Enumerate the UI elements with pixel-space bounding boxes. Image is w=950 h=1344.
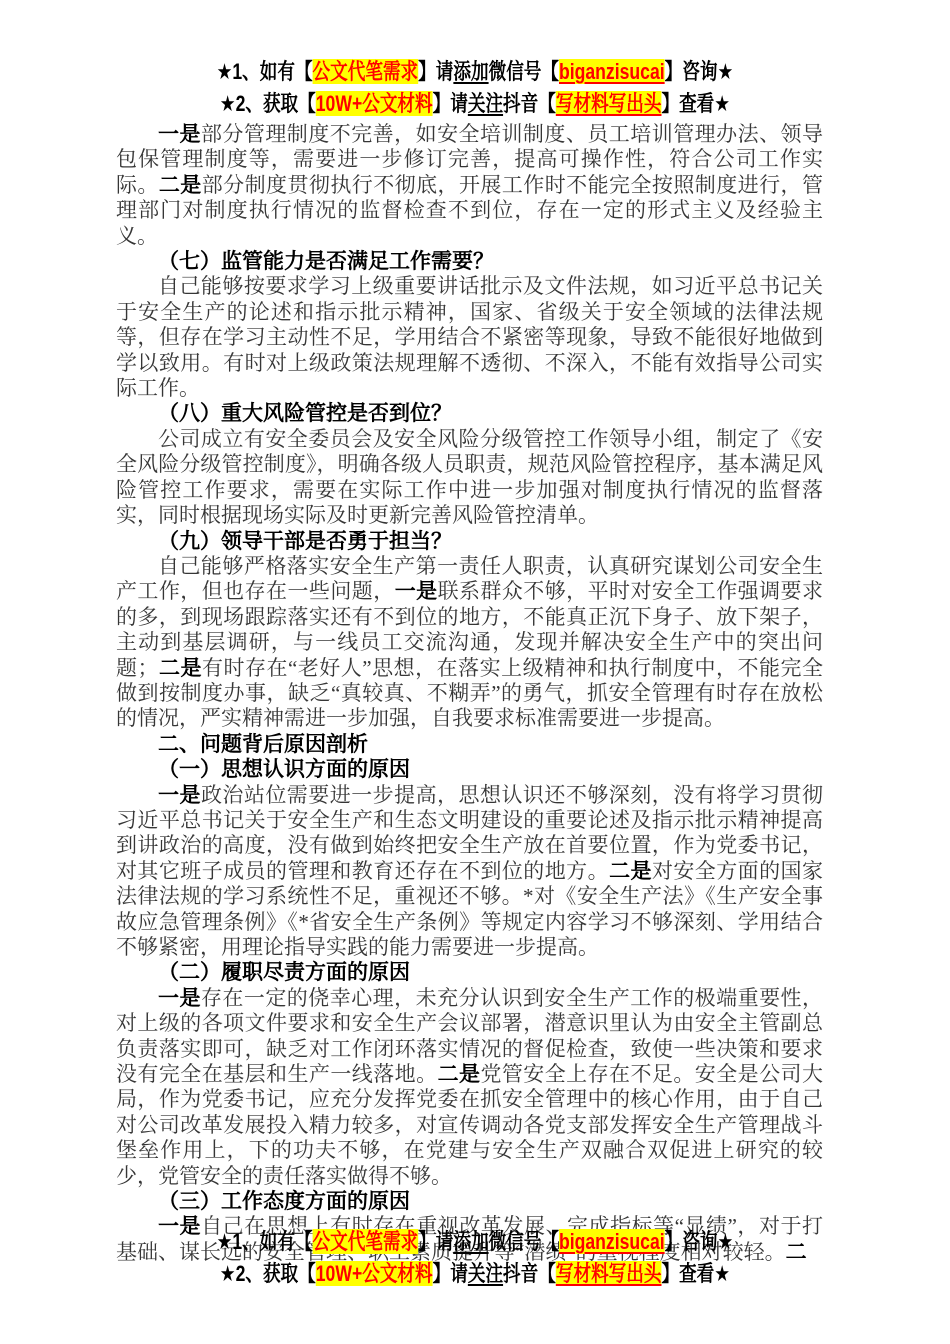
promo-douyin-id: 写材料写出头 [556, 91, 662, 116]
body-paragraph: 自己能够严格落实安全生产第一责任人职责，认真研究谋划公司安全生产工作，但也存在一… [116, 554, 823, 732]
body-paragraph: 一是政治站位需要进一步提高，思想认识还不够深刻，没有将学习贯彻习近平总书记关于安… [116, 783, 823, 961]
section-heading: （三）工作态度方面的原因 [116, 1189, 823, 1214]
promo-text: ★2、获取【 [220, 1261, 316, 1286]
promo-banner-line-text: ★2、获取【10W+公文材料】请关注抖音【写材料写出头】查看★ [220, 88, 730, 120]
promo-banner-top: ★1、如有【公文代笔需求】请添加微信号【biganzisucai】咨询★★2、获… [0, 56, 950, 120]
promo-text: ★2、获取【 [220, 91, 316, 116]
promo-wechat-id: biganzisucai [559, 1229, 665, 1254]
promo-text: 】请 [418, 59, 453, 84]
emphasis-run: 一是 [395, 580, 438, 603]
promo-text: 】咨询★ [665, 1229, 734, 1254]
body-paragraph: 公司成立有安全委员会及安全风险分级管控工作领导小组，制定了《安全风险分级管控制度… [116, 427, 823, 529]
promo-text: 】查看★ [662, 91, 731, 116]
promo-douyin-id: 写材料写出头 [556, 1261, 662, 1286]
section-heading: 二、问题背后原因剖析 [116, 732, 823, 757]
promo-text: ★1、如有【 [217, 1229, 313, 1254]
body-paragraph: 一是存在一定的侥幸心理，未充分认识到安全生产工作的极端重要性，对上级的各项文件要… [116, 986, 823, 1189]
section-heading: （七）监管能力是否满足工作需要？ [116, 249, 823, 274]
promo-keyword-materials: 10W+公文材料 [316, 1261, 433, 1286]
text-run: （一）思想认识方面的原因 [158, 758, 410, 781]
section-heading: （二）履职尽责方面的原因 [116, 960, 823, 985]
text-run: （八）重大风险管控是否到位？ [158, 402, 452, 425]
promo-wechat-id: biganzisucai [559, 59, 665, 84]
emphasis-run: 二是 [438, 1063, 481, 1086]
emphasis-run: 一是 [158, 784, 201, 807]
promo-text: 】请 [433, 91, 468, 116]
promo-text: ★1、如有【 [217, 59, 313, 84]
promo-text: 微信号【 [489, 59, 559, 84]
promo-banner-line-2: ★2、获取【10W+公文材料】请关注抖音【写材料写出头】查看★ [0, 1258, 950, 1290]
promo-banner-bottom: ★1、如有【公文代笔需求】请添加微信号【biganzisucai】咨询★★2、获… [0, 1226, 950, 1290]
promo-text: 】咨询★ [665, 59, 734, 84]
section-heading: （八）重大风险管控是否到位？ [116, 401, 823, 426]
section-heading: （一）思想认识方面的原因 [116, 757, 823, 782]
document-body: 一是部分管理制度不完善，如安全培训制度、员工培训管理办法、领导包保管理制度等，需… [116, 122, 823, 1265]
text-run: （三）工作态度方面的原因 [158, 1190, 410, 1213]
promo-banner-line-1: ★1、如有【公文代笔需求】请添加微信号【biganzisucai】咨询★ [0, 1226, 950, 1258]
promo-action-add: 添加 [453, 1229, 488, 1254]
body-paragraph: 一是部分管理制度不完善，如安全培训制度、员工培训管理办法、领导包保管理制度等，需… [116, 122, 823, 249]
text-run: 自己能够按要求学习上级重要讲话批示及文件法规，如习近平总书记关于安全生产的论述和… [116, 274, 823, 400]
promo-banner-line-text: ★2、获取【10W+公文材料】请关注抖音【写材料写出头】查看★ [220, 1258, 730, 1290]
text-run: （九）领导干部是否勇于担当？ [158, 530, 452, 553]
promo-keyword-writing-service: 公文代笔需求 [313, 59, 419, 84]
emphasis-run: 一是 [158, 123, 201, 146]
promo-text: 】请 [433, 1261, 468, 1286]
promo-banner-line-text: ★1、如有【公文代笔需求】请添加微信号【biganzisucai】咨询★ [217, 1226, 734, 1258]
promo-banner-line-2: ★2、获取【10W+公文材料】请关注抖音【写材料写出头】查看★ [0, 88, 950, 120]
promo-text: 】查看★ [662, 1261, 731, 1286]
promo-action-follow: 关注 [468, 1261, 503, 1286]
emphasis-run: 二是 [159, 657, 203, 680]
promo-keyword-writing-service: 公文代笔需求 [313, 1229, 419, 1254]
body-paragraph: 自己能够按要求学习上级重要讲话批示及文件法规，如习近平总书记关于安全生产的论述和… [116, 274, 823, 401]
emphasis-run: 一是 [158, 987, 201, 1010]
emphasis-run: 二是 [609, 860, 652, 883]
text-run: 有时存在“老好人”思想，在落实上级精神和执行制度中，不能完全做到按制度办事，缺乏… [116, 656, 823, 731]
promo-text: 微信号【 [489, 1229, 559, 1254]
text-run: 二、问题背后原因剖析 [158, 733, 368, 756]
text-run: （七）监管能力是否满足工作需要？ [158, 250, 494, 273]
text-run: 部分制度贯彻执行不彻底，开展工作时不能完全按照制度进行，管理部门对制度执行情况的… [116, 173, 823, 248]
document-page: ★1、如有【公文代笔需求】请添加微信号【biganzisucai】咨询★★2、获… [0, 0, 950, 1344]
promo-banner-line-1: ★1、如有【公文代笔需求】请添加微信号【biganzisucai】咨询★ [0, 56, 950, 88]
promo-action-follow: 关注 [468, 91, 503, 116]
promo-text: 抖音【 [503, 91, 556, 116]
promo-text: 抖音【 [503, 1261, 556, 1286]
promo-action-add: 添加 [453, 59, 488, 84]
emphasis-run: 二是 [159, 174, 202, 197]
text-run: （二）履职尽责方面的原因 [158, 961, 410, 984]
promo-keyword-materials: 10W+公文材料 [316, 91, 433, 116]
text-run: 公司成立有安全委员会及安全风险分级管控工作领导小组，制定了《安全风险分级管控制度… [116, 427, 823, 527]
promo-banner-line-text: ★1、如有【公文代笔需求】请添加微信号【biganzisucai】咨询★ [217, 56, 734, 88]
section-heading: （九）领导干部是否勇于担当？ [116, 529, 823, 554]
promo-text: 】请 [418, 1229, 453, 1254]
